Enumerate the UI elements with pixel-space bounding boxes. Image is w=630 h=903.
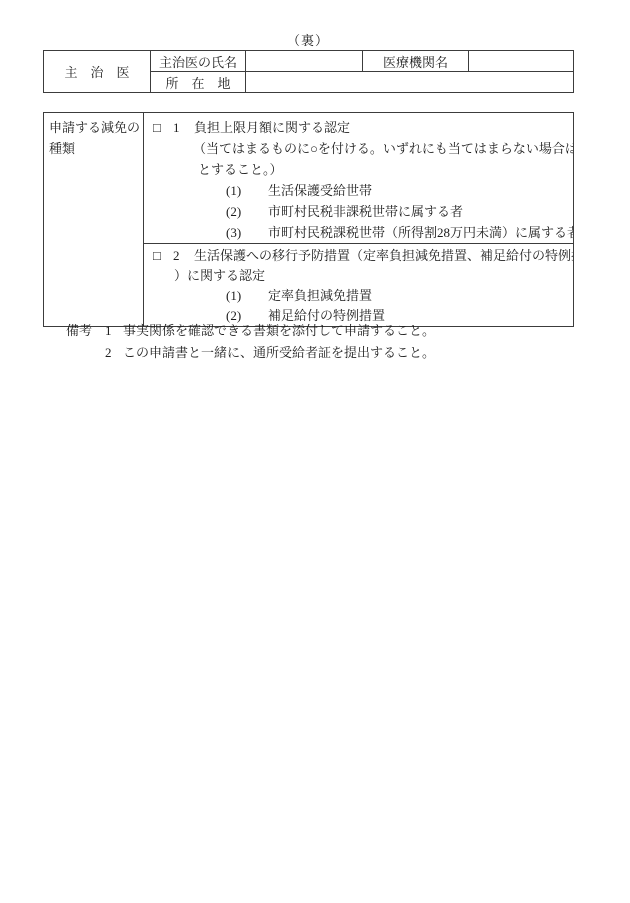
address-label: 所 在 地 — [151, 72, 246, 93]
item1-heading: □1負担上限月額に関する認定 — [144, 117, 573, 138]
item1-title: 負担上限月額に関する認定 — [194, 120, 350, 135]
item1-option-3-marker: (3) — [226, 222, 268, 243]
item1-number: 1 — [173, 117, 194, 138]
item1-option-1: (1)生活保護受給世帯 — [144, 180, 573, 201]
item1-option-3: (3)市町村民税課税世帯（所得割28万円未満）に属する者 — [144, 222, 573, 243]
remarks-section: 備考1事実関係を確認できる書類を添付して申請すること。 2この申請書と一緒に、通… — [43, 320, 603, 364]
institution-name-label: 医療機関名 — [363, 51, 469, 72]
item2-option-1-marker: (1) — [226, 286, 268, 306]
item1-checkbox[interactable]: □ — [153, 117, 173, 138]
exemption-row-1: 申請する減免の 種類 □1負担上限月額に関する認定 （当てはまるものに○を付ける… — [44, 113, 574, 244]
exemption-row-label-line1: 申請する減免の — [49, 117, 141, 138]
remarks-item-2-number: 2 — [105, 342, 123, 364]
remarks-line-1: 備考1事実関係を確認できる書類を添付して申請すること。 — [43, 320, 603, 342]
item2-number: 2 — [173, 246, 194, 266]
item2-title-line2: ）に関する認定 — [144, 266, 573, 286]
remarks-label: 備考 — [66, 320, 105, 342]
item1-option-2-marker: (2) — [226, 201, 268, 222]
remarks-item-1-text: 事実関係を確認できる書類を添付して申請すること。 — [123, 323, 435, 338]
item1-note-line1: （当てはまるものに○を付ける。いずれにも当てはまらない場合は空欄 — [144, 138, 573, 159]
page-side-label: （裏） — [43, 30, 573, 49]
item2-title-line1: 生活保護への移行予防措置（定率負担減免措置、補足給付の特例措置 — [194, 248, 574, 263]
remarks-item-2-text: この申請書と一緒に、通所受給者証を提出すること。 — [123, 345, 435, 360]
item1-option-2-text: 市町村民税非課税世帯に属する者 — [268, 204, 463, 219]
physician-name-label: 主治医の氏名 — [151, 51, 246, 72]
item1-option-1-marker: (1) — [226, 180, 268, 201]
exemption-row-label: 申請する減免の 種類 — [44, 113, 144, 327]
item2-option-1: (1)定率負担減免措置 — [144, 286, 573, 306]
exemption-item2-cell: □2生活保護への移行予防措置（定率負担減免措置、補足給付の特例措置 ）に関する認… — [144, 244, 574, 327]
remarks-item-1-number: 1 — [105, 320, 123, 342]
address-field[interactable] — [246, 72, 574, 93]
item1-option-2: (2)市町村民税非課税世帯に属する者 — [144, 201, 573, 222]
physician-row-1: 主 治 医 主治医の氏名 医療機関名 — [44, 51, 574, 72]
exemption-row-label-line2: 種類 — [49, 138, 141, 159]
physician-name-field[interactable] — [246, 51, 363, 72]
exemption-table: 申請する減免の 種類 □1負担上限月額に関する認定 （当てはまるものに○を付ける… — [43, 112, 574, 327]
item2-option-1-text: 定率負担減免措置 — [268, 288, 372, 303]
exemption-item1-cell: □1負担上限月額に関する認定 （当てはまるものに○を付ける。いずれにも当てはまら… — [144, 113, 574, 244]
item2-checkbox[interactable]: □ — [153, 246, 173, 266]
document-page: （裏） 主 治 医 主治医の氏名 医療機関名 所 在 地 申請する減免の 種類 — [0, 0, 630, 903]
physician-row-label: 主 治 医 — [44, 51, 151, 93]
item2-heading: □2生活保護への移行予防措置（定率負担減免措置、補足給付の特例措置 — [144, 246, 573, 266]
remarks-line-2: 2この申請書と一緒に、通所受給者証を提出すること。 — [43, 342, 603, 364]
item1-option-3-text: 市町村民税課税世帯（所得割28万円未満）に属する者 — [268, 225, 574, 240]
item1-option-1-text: 生活保護受給世帯 — [268, 183, 372, 198]
item1-note-line2: とすること。） — [144, 159, 573, 180]
institution-name-field[interactable] — [469, 51, 574, 72]
physician-table: 主 治 医 主治医の氏名 医療機関名 所 在 地 — [43, 50, 574, 93]
